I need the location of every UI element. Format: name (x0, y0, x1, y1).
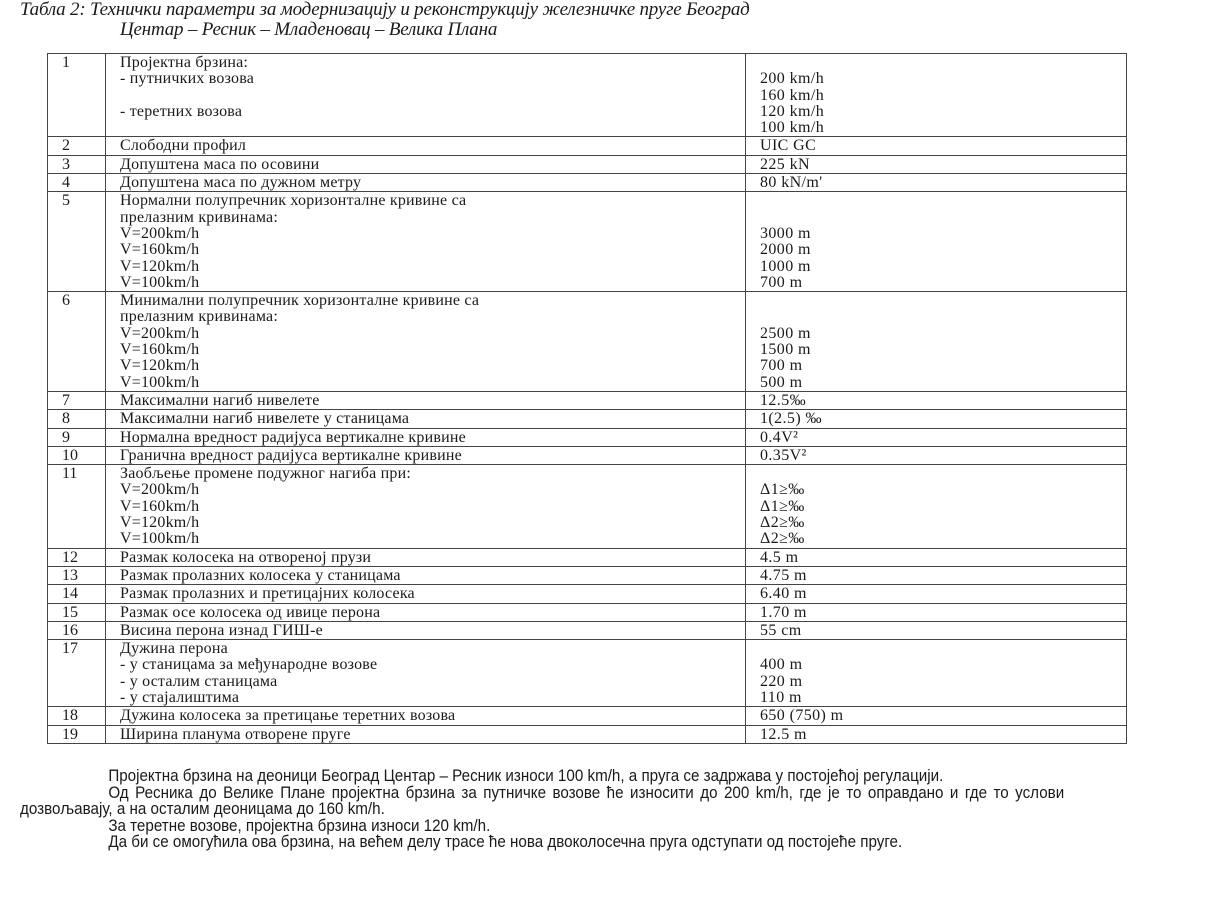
value-line: 400 m (760, 657, 1126, 673)
description-line: Размак осе колосека од ивице перона (120, 605, 745, 621)
row-number: 14 (48, 585, 106, 603)
table-row: 3Допуштена маса по осовини225 kN (48, 155, 1127, 173)
description-line: Ширина планума отворене пруге (120, 727, 745, 743)
row-number: 8 (48, 410, 106, 428)
description-line (120, 88, 745, 104)
parameter-description: Размак колосека на отвореној прузи (106, 548, 746, 566)
value-line: 650 (750) m (760, 708, 1126, 724)
value-line: Δ2≥‰ (760, 515, 1126, 531)
value-line: 55 cm (760, 623, 1126, 639)
row-number: 6 (48, 292, 106, 392)
row-number: 3 (48, 155, 106, 173)
paragraph: Од Ресника до Велике Плане пројектна брз… (20, 785, 1064, 818)
value-line: 700 m (760, 358, 1126, 374)
parameter-description: Ширина планума отворене пруге (106, 725, 746, 743)
parameter-value: UIC GC (746, 137, 1127, 155)
parameter-description: Максимални нагиб нивелете (106, 391, 746, 409)
technical-parameters-table: 1Пројектна брзина:- путничких возова- те… (47, 53, 1127, 744)
description-line: прелазним кривинама: (120, 309, 745, 325)
parameter-value: 3000 m2000 m1000 m700 m (746, 192, 1127, 292)
value-line: 110 m (760, 690, 1126, 706)
value-line: 12.5‰ (760, 393, 1126, 409)
description-line: прелазним кривинама: (120, 210, 745, 226)
row-number: 2 (48, 137, 106, 155)
table-row: 18Дужина колосека за претицање теретних … (48, 707, 1127, 725)
row-number: 1 (48, 54, 106, 137)
parameter-value: 0.35V² (746, 446, 1127, 464)
parameter-description: Размак пролазних и претицајних колосека (106, 585, 746, 603)
parameter-value: 225 kN (746, 155, 1127, 173)
value-line: 0.4V² (760, 430, 1126, 446)
table-row: 16Висина перона изнад ГИШ-е55 cm (48, 621, 1127, 639)
parameter-description: Дужина перона- у станицама за међународн… (106, 640, 746, 707)
description-line: V=160km/h (120, 499, 745, 515)
parameter-value: 6.40 m (746, 585, 1127, 603)
description-line: - путничких возова (120, 71, 745, 87)
value-line (760, 641, 1126, 657)
parameter-description: Заобљење промене подужног нагиба при:V=2… (106, 465, 746, 548)
parameter-description: Нормална вредност радијуса вертикалне кр… (106, 428, 746, 446)
value-line: 225 kN (760, 157, 1126, 173)
description-line: Пројектна брзина: (120, 55, 745, 71)
row-number: 17 (48, 640, 106, 707)
description-line: V=120km/h (120, 358, 745, 374)
description-line: Нормална вредност радијуса вертикалне кр… (120, 430, 745, 446)
parameter-description: Допуштена маса по дужном метру (106, 174, 746, 192)
table-caption: Табла 2: Технички параметри за модерниза… (20, 0, 1200, 40)
body-text: Пројектна брзина на деоници Београд Цент… (20, 768, 1064, 851)
value-line: 2500 m (760, 326, 1126, 342)
row-number: 13 (48, 566, 106, 584)
paragraph: Пројектна брзина на деоници Београд Цент… (20, 768, 1064, 785)
table-row: 7Максимални нагиб нивелете12.5‰ (48, 391, 1127, 409)
paragraph: Да би се омогућила ова брзина, на већем … (20, 834, 1064, 851)
parameter-description: Пројектна брзина:- путничких возова- тер… (106, 54, 746, 137)
description-line: Размак пролазних и претицајних колосека (120, 586, 745, 602)
description-line: - у станицама за међународне возове (120, 657, 745, 673)
value-line: Δ1≥‰ (760, 499, 1126, 515)
description-line: Заобљење промене подужног нагиба при: (120, 466, 745, 482)
value-line (760, 55, 1126, 71)
parameter-value: 4.5 m (746, 548, 1127, 566)
parameter-value: 12.5 m (746, 725, 1127, 743)
description-line: Слободни профил (120, 138, 745, 154)
parameter-description: Размак осе колосека од ивице перона (106, 603, 746, 621)
value-line: Δ1≥‰ (760, 482, 1126, 498)
value-line: 2000 m (760, 242, 1126, 258)
parameter-value: Δ1≥‰Δ1≥‰Δ2≥‰Δ2≥‰ (746, 465, 1127, 548)
value-line: 80 kN/m' (760, 175, 1126, 191)
parameter-description: Размак пролазних колосека у станицама (106, 566, 746, 584)
parameter-value: 0.4V² (746, 428, 1127, 446)
value-line (760, 193, 1126, 209)
row-number: 9 (48, 428, 106, 446)
description-line: Нормални полупречник хоризонталне кривин… (120, 193, 745, 209)
parameter-value: 650 (750) m (746, 707, 1127, 725)
table-row: 10Гранична вредност радијуса вертикалне … (48, 446, 1127, 464)
row-number: 12 (48, 548, 106, 566)
value-line: 4.5 m (760, 550, 1126, 566)
parameter-value: 12.5‰ (746, 391, 1127, 409)
description-line: - у стајалиштима (120, 690, 745, 706)
caption-line-1: Табла 2: Технички параметри за модерниза… (20, 0, 1200, 20)
value-line: UIC GC (760, 138, 1126, 154)
value-line: 6.40 m (760, 586, 1126, 602)
row-number: 16 (48, 621, 106, 639)
caption-line-2: Центар – Ресник – Младеновац – Велика Пл… (20, 20, 1200, 40)
value-line: 120 km/h (760, 104, 1126, 120)
table-row: 2Слободни профилUIC GC (48, 137, 1127, 155)
value-line: 1500 m (760, 342, 1126, 358)
table-row: 12Размак колосека на отвореној прузи4.5 … (48, 548, 1127, 566)
value-line (760, 309, 1126, 325)
description-line: Дужина перона (120, 641, 745, 657)
value-line (760, 210, 1126, 226)
table-row: 14Размак пролазних и претицајних колосек… (48, 585, 1127, 603)
description-line: V=200km/h (120, 482, 745, 498)
value-line (760, 466, 1126, 482)
description-line: V=120km/h (120, 259, 745, 275)
description-line: Размак колосека на отвореној прузи (120, 550, 745, 566)
table-row: 19Ширина планума отворене пруге12.5 m (48, 725, 1127, 743)
table-row: 17Дужина перона- у станицама за међунаро… (48, 640, 1127, 707)
description-line: V=100km/h (120, 275, 745, 291)
value-line: 220 m (760, 674, 1126, 690)
parameter-value: 55 cm (746, 621, 1127, 639)
description-line: V=120km/h (120, 515, 745, 531)
table-row: 8Максимални нагиб нивелете у станицама1(… (48, 410, 1127, 428)
parameter-description: Дужина колосека за претицање теретних во… (106, 707, 746, 725)
value-line: 700 m (760, 275, 1126, 291)
row-number: 19 (48, 725, 106, 743)
parameter-value: 1(2.5) ‰ (746, 410, 1127, 428)
description-line (120, 120, 745, 136)
row-number: 10 (48, 446, 106, 464)
table-row: 4Допуштена маса по дужном метру80 kN/m' (48, 174, 1127, 192)
description-line: Допуштена маса по дужном метру (120, 175, 745, 191)
value-line: 1000 m (760, 259, 1126, 275)
row-number: 5 (48, 192, 106, 292)
parameter-value: 4.75 m (746, 566, 1127, 584)
parameter-value: 80 kN/m' (746, 174, 1127, 192)
table-row: 15Размак осе колосека од ивице перона1.7… (48, 603, 1127, 621)
description-line: - теретних возова (120, 104, 745, 120)
value-line: 12.5 m (760, 727, 1126, 743)
value-line: 200 km/h (760, 71, 1126, 87)
parameter-description: Минимални полупречник хоризонталне криви… (106, 292, 746, 392)
description-line: V=100km/h (120, 531, 745, 547)
description-line: V=200km/h (120, 326, 745, 342)
parameter-description: Допуштена маса по осовини (106, 155, 746, 173)
description-line: - у осталим станицама (120, 674, 745, 690)
description-line: V=160km/h (120, 342, 745, 358)
description-line: Дужина колосека за претицање теретних во… (120, 708, 745, 724)
value-line: Δ2≥‰ (760, 531, 1126, 547)
value-line: 1(2.5) ‰ (760, 411, 1126, 427)
description-line: Максимални нагиб нивелете у станицама (120, 411, 745, 427)
value-line (760, 293, 1126, 309)
description-line: Размак пролазних колосека у станицама (120, 568, 745, 584)
row-number: 7 (48, 391, 106, 409)
description-line: Максимални нагиб нивелете (120, 393, 745, 409)
value-line: 500 m (760, 375, 1126, 391)
parameter-value: 1.70 m (746, 603, 1127, 621)
parameter-description: Висина перона изнад ГИШ-е (106, 621, 746, 639)
description-line: Гранична вредност радијуса вертикалне кр… (120, 448, 745, 464)
value-line: 1.70 m (760, 605, 1126, 621)
value-line: 0.35V² (760, 448, 1126, 464)
table-body: 1Пројектна брзина:- путничких возова- те… (48, 54, 1127, 744)
paragraph: За теретне возове, пројектна брзина изно… (20, 818, 1064, 835)
description-line: V=160km/h (120, 242, 745, 258)
row-number: 18 (48, 707, 106, 725)
parameter-value: 2500 m1500 m700 m500 m (746, 292, 1127, 392)
value-line: 4.75 m (760, 568, 1126, 584)
parameter-value: 200 km/h160 km/h120 km/h100 km/h (746, 54, 1127, 137)
table-row: 6Минимални полупречник хоризонталне крив… (48, 292, 1127, 392)
value-line: 160 km/h (760, 88, 1126, 104)
parameter-description: Гранична вредност радијуса вертикалне кр… (106, 446, 746, 464)
table-row: 11Заобљење промене подужног нагиба при:V… (48, 465, 1127, 548)
parameter-value: 400 m220 m110 m (746, 640, 1127, 707)
row-number: 15 (48, 603, 106, 621)
description-line: Минимални полупречник хоризонталне криви… (120, 293, 745, 309)
table-row: 9Нормална вредност радијуса вертикалне к… (48, 428, 1127, 446)
description-line: V=100km/h (120, 375, 745, 391)
table-row: 13Размак пролазних колосека у станицама4… (48, 566, 1127, 584)
description-line: Допуштена маса по осовини (120, 157, 745, 173)
description-line: V=200km/h (120, 226, 745, 242)
parameter-description: Максимални нагиб нивелете у станицама (106, 410, 746, 428)
value-line: 3000 m (760, 226, 1126, 242)
row-number: 4 (48, 174, 106, 192)
description-line: Висина перона изнад ГИШ-е (120, 623, 745, 639)
value-line: 100 km/h (760, 120, 1126, 136)
table-row: 5Нормални полупречник хоризонталне криви… (48, 192, 1127, 292)
table-row: 1Пројектна брзина:- путничких возова- те… (48, 54, 1127, 137)
parameter-description: Слободни профил (106, 137, 746, 155)
row-number: 11 (48, 465, 106, 548)
parameter-description: Нормални полупречник хоризонталне кривин… (106, 192, 746, 292)
